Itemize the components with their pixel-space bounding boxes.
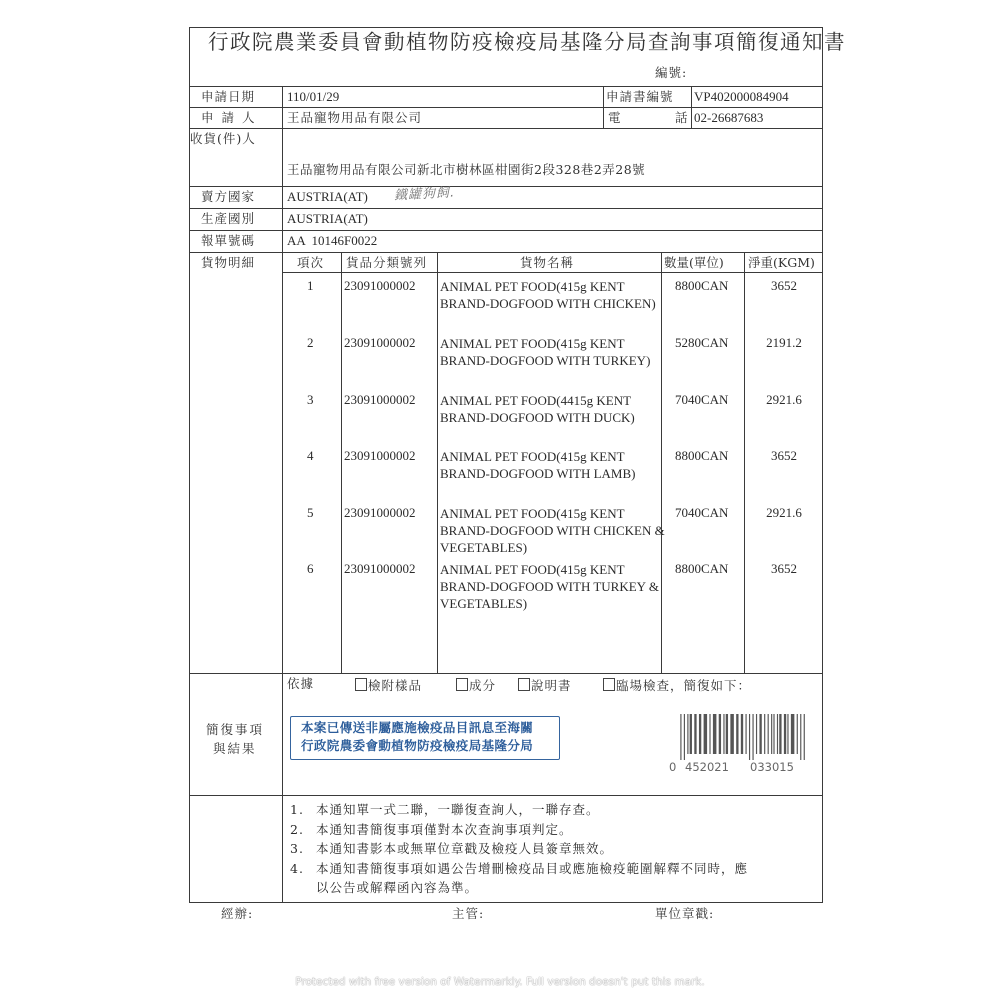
goods-name: ANIMAL PET FOOD(415g KENT BRAND-DOGFOOD … bbox=[440, 505, 665, 556]
origin-country-label: 生產國別 bbox=[201, 213, 255, 226]
handwritten-note: 鐵罐狗飼. bbox=[394, 186, 456, 202]
unit-seal-label: 單位章戳: bbox=[655, 908, 714, 921]
item-number: 1 bbox=[307, 279, 314, 292]
applicant-label: 申 請 人 bbox=[201, 112, 256, 125]
blue-stamp: 本案已傳送非屬應施檢疫品目訊息至海關 行政院農委會動植物防疫檢疫局基隆分局 bbox=[290, 716, 560, 760]
quantity: 8800CAN bbox=[675, 279, 728, 292]
consignee-label: 收貨(件)人 bbox=[190, 133, 256, 146]
basis-label: 依據 bbox=[287, 678, 314, 691]
checkbox-box[interactable] bbox=[603, 678, 615, 691]
consignee-value: 王品寵物用品有限公司新北市樹林區柑園街2段328巷2弄28號 bbox=[287, 164, 645, 177]
goods-name: ANIMAL PET FOOD(415g KENT BRAND-DOGFOOD … bbox=[440, 278, 656, 312]
barcode-leading-digit: 0 bbox=[669, 760, 676, 774]
quantity: 7040CAN bbox=[675, 393, 728, 406]
note-number: 2. bbox=[290, 820, 304, 839]
checkbox-manual[interactable]: 說明書 bbox=[518, 678, 572, 693]
supervisor-signature-label: 主管: bbox=[452, 908, 484, 921]
serial-number-label: 編號: bbox=[655, 67, 687, 80]
declaration-number-label: 報單號碼 bbox=[201, 235, 255, 248]
item-number: 3 bbox=[307, 393, 314, 406]
net-weight: 3652 bbox=[746, 449, 822, 462]
declaration-number-value: AA 10146F0022 bbox=[287, 234, 377, 247]
checkbox-box[interactable] bbox=[456, 678, 468, 691]
quantity: 5280CAN bbox=[675, 336, 728, 349]
tariff-code: 23091000002 bbox=[344, 562, 416, 575]
item-number: 4 bbox=[307, 449, 314, 462]
application-date-value: 110/01/29 bbox=[287, 90, 339, 103]
tariff-code: 23091000002 bbox=[344, 449, 416, 462]
tariff-code: 23091000002 bbox=[344, 336, 416, 349]
column-header-code: 貨品分類號列 bbox=[346, 257, 427, 270]
note-text: 本通知書簡復事項僅對本次查詢事項判定。 bbox=[316, 820, 573, 839]
application-date-label: 申請日期 bbox=[201, 91, 255, 104]
phone-label-first: 電 bbox=[608, 112, 622, 125]
net-weight: 2921.6 bbox=[746, 393, 822, 406]
barcode-icon bbox=[678, 714, 810, 760]
column-header-net-weight: 淨重(KGM) bbox=[748, 257, 815, 270]
note-text: 本通知書簡復事項如遇公告增刪檢疫品目或應施檢疫範圍解釋不同時，應 bbox=[316, 859, 748, 878]
note-text: 本通知書影本或無單位章戳及檢疫人員簽章無效。 bbox=[316, 839, 613, 858]
goods-name: ANIMAL PET FOOD(415g KENT BRAND-DOGFOOD … bbox=[440, 448, 635, 482]
stamp-line-2: 行政院農委會動植物防疫檢疫局基隆分局 bbox=[301, 737, 559, 755]
handler-signature-label: 經辦: bbox=[221, 908, 253, 921]
note-number: 1. bbox=[290, 800, 304, 819]
quantity: 7040CAN bbox=[675, 506, 728, 519]
net-weight: 3652 bbox=[746, 279, 822, 292]
tariff-code: 23091000002 bbox=[344, 506, 416, 519]
phone-value: 02-26687683 bbox=[694, 111, 763, 124]
checkbox-onsite-inspection[interactable]: 臨場檢查，簡復如下： bbox=[603, 678, 751, 693]
results-label-line1: 簡復事項 bbox=[206, 724, 264, 737]
tariff-code: 23091000002 bbox=[344, 393, 416, 406]
note-number: 4. bbox=[290, 859, 304, 878]
barcode-group-2: 033015 bbox=[750, 760, 794, 774]
goods-name: ANIMAL PET FOOD(415g KENT BRAND-DOGFOOD … bbox=[440, 335, 650, 369]
column-header-name: 貨物名稱 bbox=[520, 257, 574, 270]
checkbox-box[interactable] bbox=[518, 678, 530, 691]
item-number: 6 bbox=[307, 562, 314, 575]
seller-country-label: 賣方國家 bbox=[201, 191, 255, 204]
checkbox-sample[interactable]: 檢附樣品 bbox=[355, 678, 422, 693]
goods-name: ANIMAL PET FOOD(415g KENT BRAND-DOGFOOD … bbox=[440, 561, 659, 612]
checkbox-ingredients[interactable]: 成分 bbox=[456, 678, 496, 693]
checkbox-box[interactable] bbox=[355, 678, 367, 691]
note-text: 本通知單一式二聯，一聯復查詢人，一聯存查。 bbox=[316, 800, 600, 819]
watermark-text: Protected with free version of Watermark… bbox=[0, 976, 1000, 988]
seller-country-value: AUSTRIA(AT) bbox=[287, 190, 368, 203]
item-number: 2 bbox=[307, 336, 314, 349]
item-number: 5 bbox=[307, 506, 314, 519]
column-header-item: 項次 bbox=[297, 257, 324, 270]
application-number-value: VP402000084904 bbox=[694, 90, 789, 103]
applicant-value: 王品寵物用品有限公司 bbox=[287, 112, 422, 125]
column-header-quantity: 數量(單位) bbox=[664, 257, 724, 270]
barcode-group-1: 452021 bbox=[685, 760, 729, 774]
tariff-code: 23091000002 bbox=[344, 279, 416, 292]
results-label-line2: 與結果 bbox=[213, 743, 257, 756]
quantity: 8800CAN bbox=[675, 562, 728, 575]
phone-label-second: 話 bbox=[675, 112, 689, 125]
document-title: 行政院農業委員會動植物防疫檢疫局基隆分局查詢事項簡復通知書 bbox=[208, 32, 846, 53]
net-weight: 3652 bbox=[746, 562, 822, 575]
quantity: 8800CAN bbox=[675, 449, 728, 462]
stamp-line-1: 本案已傳送非屬應施檢疫品目訊息至海關 bbox=[301, 719, 559, 737]
note-text: 以公告或解釋函內容為準。 bbox=[316, 878, 478, 897]
goods-name: ANIMAL PET FOOD(4415g KENT BRAND-DOGFOOD… bbox=[440, 392, 635, 426]
origin-country-value: AUSTRIA(AT) bbox=[287, 212, 368, 225]
goods-section-label: 貨物明細 bbox=[201, 257, 255, 270]
application-number-label: 申請書編號 bbox=[606, 91, 674, 104]
net-weight: 2921.6 bbox=[746, 506, 822, 519]
note-number: 3. bbox=[290, 839, 304, 858]
net-weight: 2191.2 bbox=[746, 336, 822, 349]
